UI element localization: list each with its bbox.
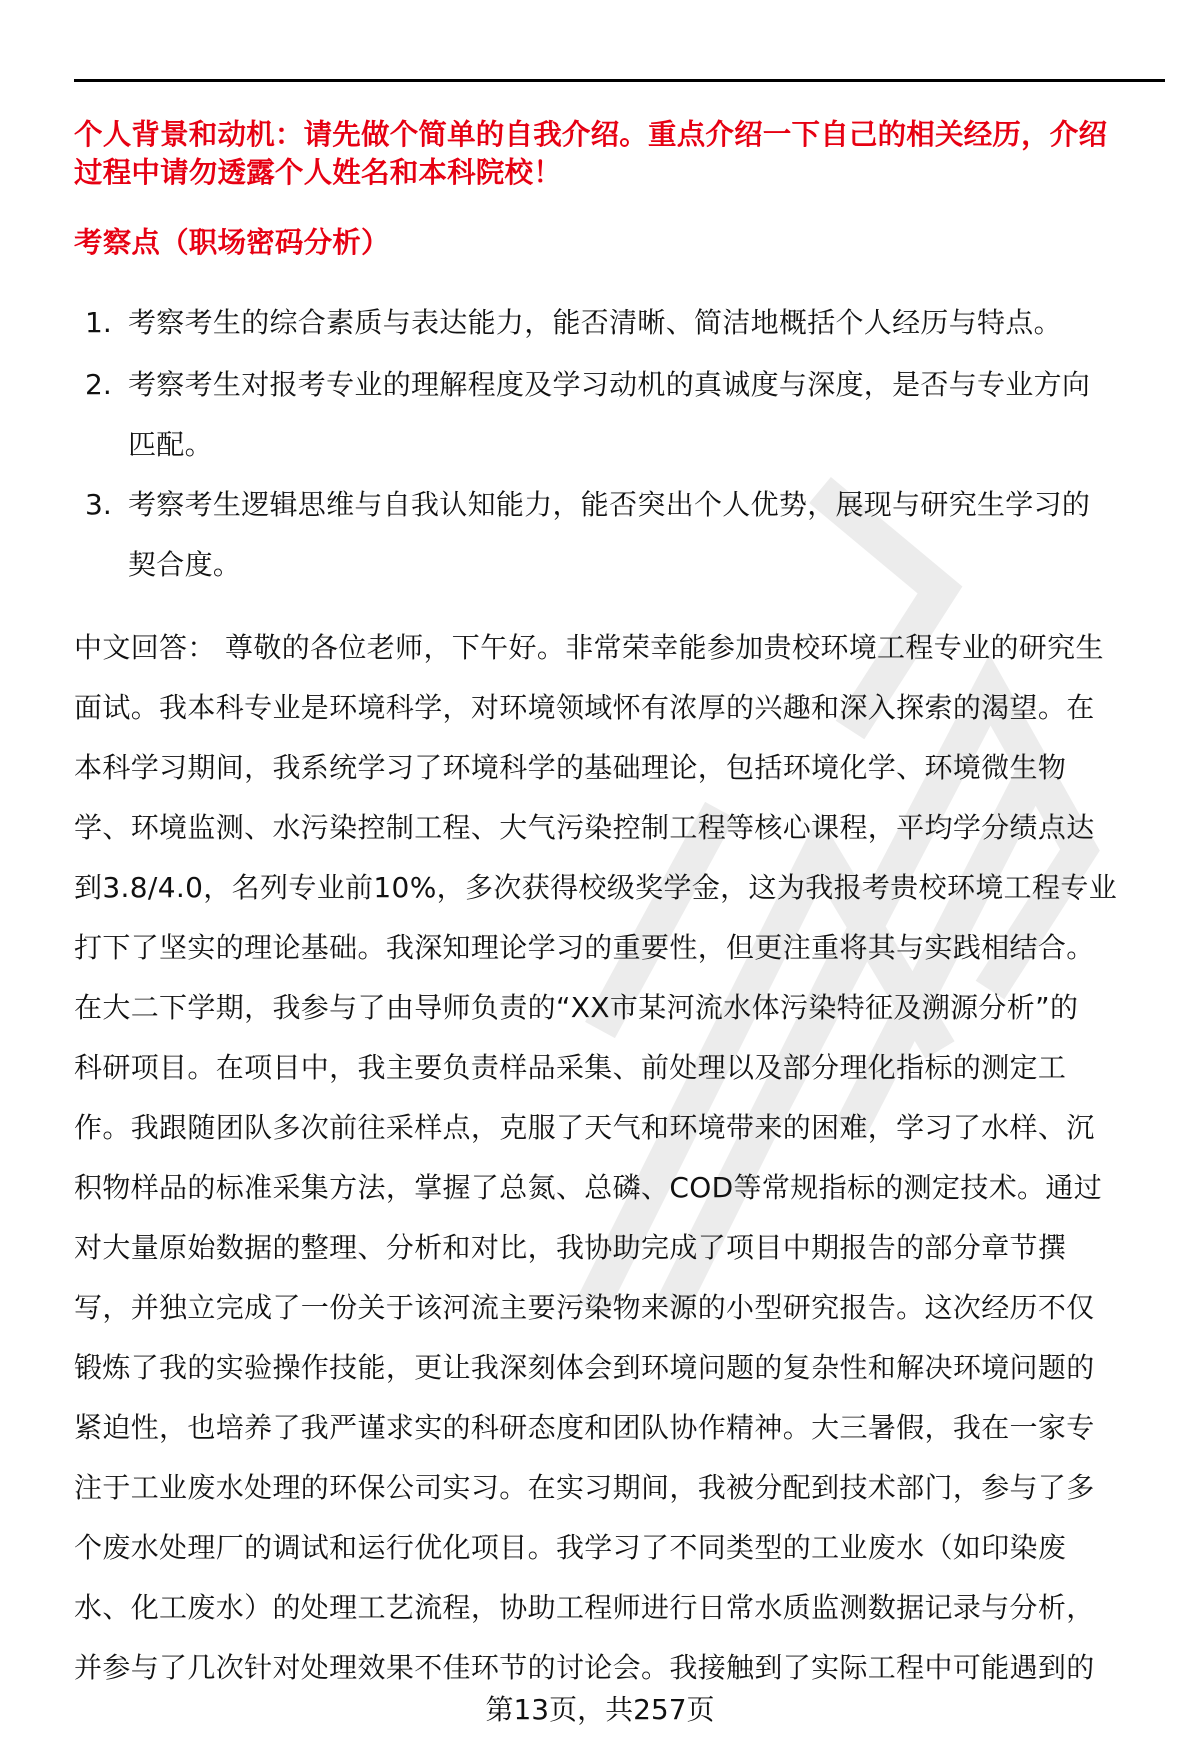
answer-line: 打下了坚实的理论基础。我深知理论学习的重要性，但更注重将其与实践相结合。: [74, 931, 1095, 965]
answer-line: 个废水处理厂的调试和运行优化项目。我学习了不同类型的工业废水（如印染废: [74, 1531, 1066, 1565]
list-item-text-continued: 契合度。: [128, 548, 241, 582]
answer-line: 并参与了几次针对处理效果不佳环节的讨论会。我接触到了实际工程中可能遇到的: [74, 1651, 1095, 1685]
document-page: 个人背景和动机：请先做个简单的自我介绍。重点介绍一下自己的相关经历，介绍 过程中…: [0, 0, 1200, 1755]
section-heading: 考察点（职场密码分析）: [74, 226, 390, 260]
top-rule-divider: [74, 79, 1165, 82]
answer-line: 学、环境监测、水污染控制工程、大气污染控制工程等核心课程，平均学分绩点达: [74, 811, 1095, 845]
answer-line: 锻炼了我的实验操作技能，更让我深刻体会到环境问题的复杂性和解决环境问题的: [74, 1351, 1095, 1385]
list-item-number: 3.: [85, 488, 112, 522]
answer-line: 在大二下学期，我参与了由导师负责的“XX市某河流水体污染特征及溯源分析”的: [74, 991, 1078, 1025]
list-item-number: 1.: [85, 306, 112, 340]
answer-line: 科研项目。在项目中，我主要负责样品采集、前处理以及部分理化指标的测定工: [74, 1051, 1066, 1085]
page-indicator: 第13页，共257页: [0, 1693, 1200, 1727]
list-item-text: 考察考生对报考专业的理解程度及学习动机的真诚度与深度，是否与专业方向: [128, 368, 1090, 402]
list-item-text-continued: 匹配。: [128, 428, 213, 462]
answer-line: 面试。我本科专业是环境科学，对环境领域怀有浓厚的兴趣和深入探索的渴望。在: [74, 691, 1095, 725]
answer-line: 中文回答： 尊敬的各位老师，下午好。非常荣幸能参加贵校环境工程专业的研究生: [74, 631, 1104, 665]
answer-line: 对大量原始数据的整理、分析和对比，我协助完成了项目中期报告的部分章节撰: [74, 1231, 1066, 1265]
answer-line: 水、化工废水）的处理工艺流程，协助工程师进行日常水质监测数据记录与分析，: [74, 1591, 1095, 1625]
question-heading-line-1: 个人背景和动机：请先做个简单的自我介绍。重点介绍一下自己的相关经历，介绍: [74, 118, 1107, 152]
question-heading-line-2: 过程中请勿透露个人姓名和本科院校！: [74, 156, 562, 190]
list-item-text: 考察考生的综合素质与表达能力，能否清晰、简洁地概括个人经历与特点。: [128, 306, 1062, 340]
answer-line: 本科学习期间，我系统学习了环境科学的基础理论，包括环境化学、环境微生物: [74, 751, 1066, 785]
answer-line: 注于工业废水处理的环保公司实习。在实习期间，我被分配到技术部门，参与了多: [74, 1471, 1095, 1505]
answer-line: 到3.8/4.0，名列专业前10%，多次获得校级奖学金，这为我报考贵校环境工程专…: [74, 871, 1117, 905]
list-item-text: 考察考生逻辑思维与自我认知能力，能否突出个人优势，展现与研究生学习的: [128, 488, 1090, 522]
answer-line: 紧迫性，也培养了我严谨求实的科研态度和团队协作精神。大三暑假，我在一家专: [74, 1411, 1095, 1445]
answer-line: 积物样品的标准采集方法，掌握了总氮、总磷、COD等常规指标的测定技术。通过: [74, 1171, 1102, 1205]
answer-line: 作。我跟随团队多次前往采样点，克服了天气和环境带来的困难，学习了水样、沉: [74, 1111, 1095, 1145]
list-item-number: 2.: [85, 368, 112, 402]
answer-line: 写，并独立完成了一份关于该河流主要污染物来源的小型研究报告。这次经历不仅: [74, 1291, 1095, 1325]
